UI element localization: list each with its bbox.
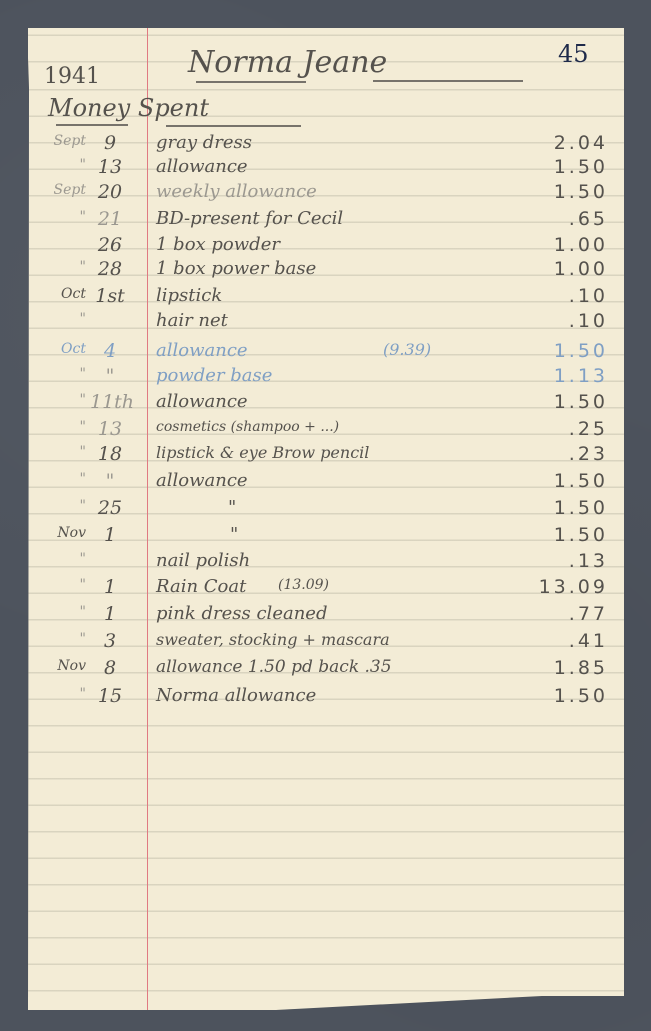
entry-day: 1st: [90, 287, 130, 306]
entry-day: 15: [90, 687, 130, 706]
entry-description: allowance 1.50 pd back .35: [156, 659, 392, 676]
entry-amount: 1.50: [508, 526, 608, 545]
entry-month: ": [34, 445, 86, 459]
entry-description: gray dress: [156, 134, 252, 152]
entry-month: ": [34, 552, 86, 566]
entry-day: ": [90, 472, 130, 491]
entry-description: hair net: [156, 312, 228, 330]
entry-note: (9.39): [383, 342, 431, 358]
entry-description: nail polish: [156, 552, 250, 570]
ledger-row: Oct 1st lipstick .10: [28, 287, 624, 313]
entry-amount: 1.50: [508, 472, 608, 491]
title-underline: [373, 80, 523, 82]
entry-month: ": [34, 367, 86, 381]
entry-month: ": [34, 420, 86, 434]
entry-month: Sept: [34, 134, 86, 148]
entry-amount: .25: [508, 420, 608, 439]
entry-amount: 1.00: [508, 236, 608, 255]
entry-month: Sept: [34, 183, 86, 197]
ledger-row: " 1 pink dress cleaned .77: [28, 605, 624, 631]
entry-month: ": [34, 393, 86, 407]
year-label: 1941: [44, 66, 100, 88]
entry-month: ": [34, 158, 86, 172]
ledger-row: " 18 lipstick & eye Brow pencil .23: [28, 445, 624, 471]
entry-day: 13: [90, 158, 130, 177]
entry-amount: 1.13: [508, 367, 608, 386]
entry-day: 25: [90, 499, 130, 518]
entry-month: ": [34, 632, 86, 646]
entry-day: 20: [90, 183, 130, 202]
page-subtitle: Money Spent: [48, 96, 209, 120]
entry-description: cosmetics (shampoo + ...): [156, 420, 339, 434]
entry-month: Nov: [34, 526, 86, 540]
entry-description: allowance: [156, 342, 248, 360]
entry-day: 26: [90, 236, 130, 255]
entry-amount: 1.00: [508, 260, 608, 279]
entry-description: Rain Coat: [156, 578, 246, 596]
entry-description: ": [228, 499, 236, 517]
entry-month: ": [34, 260, 86, 274]
entry-amount: 1.50: [508, 158, 608, 177]
entry-day: 9: [90, 134, 130, 153]
entry-month: ": [34, 312, 86, 326]
entry-description: lipstick: [156, 287, 222, 305]
entry-description: BD-present for Cecil: [156, 210, 343, 228]
ledger-row: " " powder base 1.13: [28, 367, 624, 393]
entry-day: 1: [90, 526, 130, 545]
entry-day: 13: [90, 420, 130, 439]
entry-description: 1 box power base: [156, 260, 316, 278]
entry-day: 1: [90, 605, 130, 624]
entry-amount: .77: [508, 605, 608, 624]
ledger-row: " 1 Rain Coat (13.09) 13.09: [28, 578, 624, 604]
entry-amount: .23: [508, 445, 608, 464]
page-title: Norma Jeane: [188, 48, 387, 78]
entry-amount: 1.50: [508, 183, 608, 202]
entry-description: lipstick & eye Brow pencil: [156, 445, 369, 461]
entry-description: Norma allowance: [156, 687, 316, 705]
entry-day: 28: [90, 260, 130, 279]
title-underline: [196, 81, 306, 83]
entry-description: ": [230, 526, 238, 544]
entry-month: ": [34, 578, 86, 592]
ledger-row: " 28 1 box power base 1.00: [28, 260, 624, 286]
entry-month: ": [34, 472, 86, 486]
entry-amount: 1.85: [508, 659, 608, 678]
entry-amount: 13.09: [508, 578, 608, 597]
ledger-page: 45 1941 Norma Jeane Money Spent Sept 9 g…: [28, 28, 624, 1010]
ledger-row: " nail polish .13: [28, 552, 624, 578]
page-number: 45: [558, 40, 589, 68]
entry-day: 8: [90, 659, 130, 678]
entry-amount: 1.50: [508, 499, 608, 518]
entry-amount: .10: [508, 312, 608, 331]
ledger-row: " 3 sweater, stocking + mascara .41: [28, 632, 624, 658]
entry-day: 1: [90, 578, 130, 597]
entry-description: allowance: [156, 472, 248, 490]
entry-month: ": [34, 687, 86, 701]
ledger-row: " 15 Norma allowance 1.50: [28, 687, 624, 713]
entry-month: Oct: [34, 342, 86, 356]
entry-description: sweater, stocking + mascara: [156, 632, 390, 648]
entry-description: allowance: [156, 393, 248, 411]
ledger-row: " 21 BD-present for Cecil .65: [28, 210, 624, 236]
ledger-row: " hair net .10: [28, 312, 624, 338]
ledger-row: Sept 20 weekly allowance 1.50: [28, 183, 624, 209]
entry-month: ": [34, 605, 86, 619]
ledger-row: " 25 " 1.50: [28, 499, 624, 525]
entry-day: 21: [90, 210, 130, 229]
entry-description: powder base: [156, 367, 272, 385]
entry-day: 18: [90, 445, 130, 464]
entry-amount: 1.50: [508, 342, 608, 361]
entry-amount: 2.04: [508, 134, 608, 153]
entry-month: ": [34, 499, 86, 513]
ledger-row: Nov 8 allowance 1.50 pd back .35 1.85: [28, 659, 624, 685]
entry-day: 3: [90, 632, 130, 651]
entry-description: allowance: [156, 158, 248, 176]
entry-amount: .10: [508, 287, 608, 306]
ledger-row: Oct 4 allowance (9.39) 1.50: [28, 342, 624, 368]
entry-month: Nov: [34, 659, 86, 673]
entry-month: ": [34, 210, 86, 224]
entry-day: 4: [90, 342, 130, 361]
entry-day: ": [90, 367, 130, 386]
entry-amount: .13: [508, 552, 608, 571]
entry-day: 11th: [90, 393, 130, 412]
entry-description: 1 box powder: [156, 236, 280, 254]
entry-amount: .41: [508, 632, 608, 651]
entry-month: Oct: [34, 287, 86, 301]
subtitle-underline: [166, 125, 301, 127]
entry-description: pink dress cleaned: [156, 605, 327, 623]
ledger-row: " " allowance 1.50: [28, 472, 624, 498]
ledger-row: Nov 1 " 1.50: [28, 526, 624, 552]
entry-amount: 1.50: [508, 393, 608, 412]
entry-description: weekly allowance: [156, 183, 317, 201]
entry-amount: 1.50: [508, 687, 608, 706]
entry-amount: .65: [508, 210, 608, 229]
ledger-row: " 11th allowance 1.50: [28, 393, 624, 419]
subtitle-underline: [56, 124, 128, 126]
entry-note: (13.09): [278, 578, 329, 592]
